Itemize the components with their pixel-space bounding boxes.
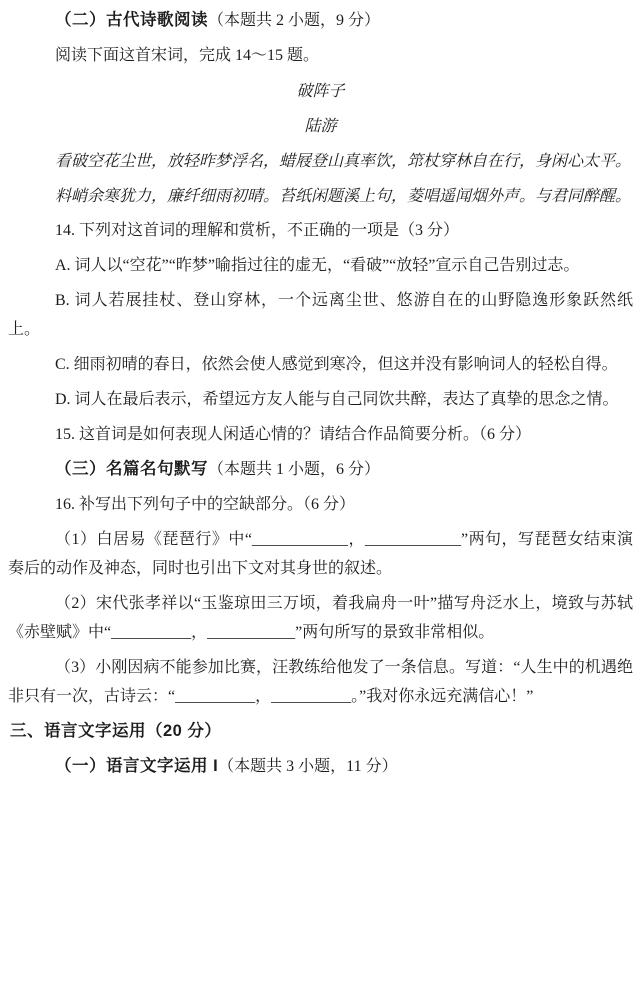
question-14-stem: 14. 下列对这首词的理解和赏析，不正确的一项是（3 分） xyxy=(8,216,633,245)
poem-stanza-1: 看破空花尘世，放轻昨梦浮名，蜡屐登山真率饮，筇杖穿林自在行，身闲心太平。 xyxy=(8,146,633,175)
reading-intro: 阅读下面这首宋词，完成 14～15 题。 xyxy=(8,41,633,70)
part3-sub-heading: （一）语言文字运用 I（本题共 3 小题，11 分） xyxy=(8,752,633,781)
section2-heading-title: （二）古代诗歌阅读 xyxy=(55,11,208,29)
poem-title: 破阵子 xyxy=(8,76,633,105)
poem-author: 陆游 xyxy=(8,111,633,140)
poem-stanza-2: 料峭余寒犹力，廉纤细雨初晴。苔纸闲题溪上句，菱唱遥闻烟外声。与君同醉醒。 xyxy=(8,181,633,210)
question-16-item-1: （1）白居易《琵琶行》中“____________，____________”两… xyxy=(8,525,633,583)
part3-heading: 三、语言文字运用（20 分） xyxy=(8,717,633,746)
section3-heading-note: （本题共 1 小题，6 分） xyxy=(208,461,380,478)
question-16-item-3: （3）小刚因病不能参加比赛，汪教练给他发了一条信息。写道：“人生中的机遇绝非只有… xyxy=(8,653,633,711)
question-16-stem: 16. 补写出下列句子中的空缺部分。（6 分） xyxy=(8,490,633,519)
section2-heading: （二）古代诗歌阅读（本题共 2 小题，9 分） xyxy=(8,6,633,35)
question-14-option-c: C. 细雨初晴的春日，依然会使人感觉到寒冷，但这并没有影响词人的轻松自得。 xyxy=(8,350,633,379)
section3-heading: （三）名篇名句默写（本题共 1 小题，6 分） xyxy=(8,455,633,484)
section2-heading-note: （本题共 2 小题，9 分） xyxy=(208,12,380,29)
part3-sub-heading-note: （本题共 3 小题，11 分） xyxy=(218,758,397,775)
question-14-option-a: A. 词人以“空花”“昨梦”喻指过往的虚无，“看破”“放轻”宣示自己告别过志。 xyxy=(8,251,633,280)
question-14-option-d: D. 词人在最后表示，希望远方友人能与自己同饮共醉，表达了真挚的思念之情。 xyxy=(8,385,633,414)
question-14-option-b: B. 词人若展挂杖、登山穿林，一个远离尘世、悠游自在的山野隐逸形象跃然纸上。 xyxy=(8,286,633,344)
part3-sub-heading-title: （一）语言文字运用 I xyxy=(55,757,218,775)
question-16-item-2: （2）宋代张孝祥以“玉鉴琼田三万顷，着我扁舟一叶”描写舟泛水上，境致与苏轼《赤壁… xyxy=(8,589,633,647)
question-15-stem: 15. 这首词是如何表现人闲适心情的？请结合作品简要分析。（6 分） xyxy=(8,420,633,449)
exam-document-page: （二）古代诗歌阅读（本题共 2 小题，9 分） 阅读下面这首宋词，完成 14～1… xyxy=(0,0,643,982)
section3-heading-title: （三）名篇名句默写 xyxy=(55,460,208,478)
